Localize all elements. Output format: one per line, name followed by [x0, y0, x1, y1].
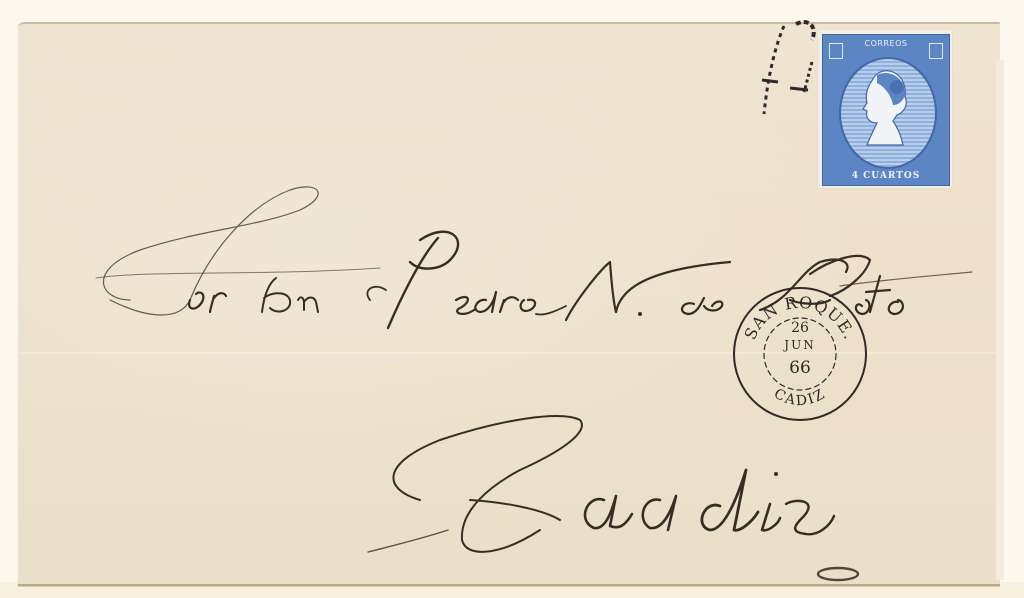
queen-portrait-icon [853, 65, 913, 147]
envelope-edge [996, 60, 1004, 580]
postage-stamp: CORREOS 4 CUARTOS [818, 30, 952, 188]
stamp-value-text: 4 CUARTOS [823, 171, 949, 181]
postmark-month: JUN [730, 338, 870, 352]
postmark-day: 26 [730, 320, 870, 336]
postmark: SAN ROQUE. CADIZ 26 JUN 66 [730, 286, 870, 422]
postmark-date: 26 JUN 66 [730, 286, 870, 422]
postmark-year: 66 [730, 358, 870, 378]
stamp-frame: CORREOS 4 CUARTOS [822, 34, 950, 186]
stamp-top-text: CORREOS [823, 39, 949, 48]
